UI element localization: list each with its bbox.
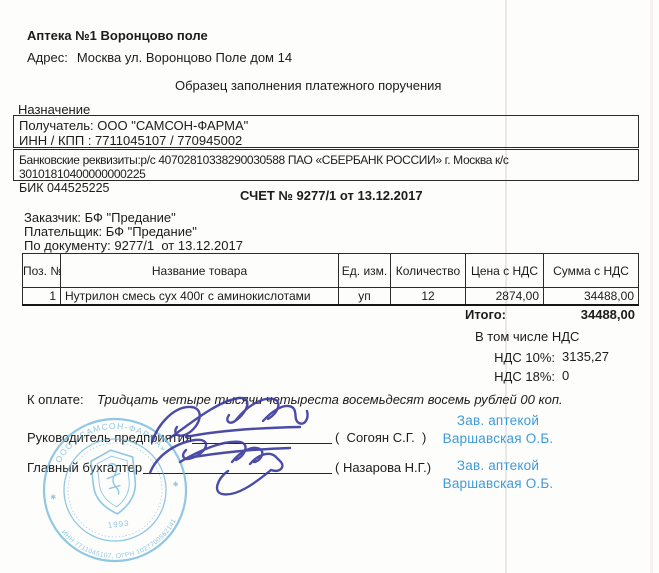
stamp-bottom-arc-text: ИНН 7711045107, ОГРН 1027700562141 — [60, 517, 182, 566]
table-row: 1 Нутрилон смесь сух 400г с аминокислота… — [23, 288, 639, 305]
stamp-year: 1993 — [107, 519, 130, 530]
accountant-signed-by: Варшавская О.Б. — [432, 475, 564, 493]
vat10-label: НДС 10%: — [455, 350, 555, 365]
total-value: 34488,00 — [535, 307, 635, 322]
vat-included-label: В том числе НДС — [475, 329, 579, 344]
table-header-row: Поз. № Название товара Ед. изм. Количест… — [23, 254, 639, 288]
bank-details-box: Банковские реквизиты:р/с 407028103382900… — [13, 149, 639, 181]
column-header-sum: Сумма с НДС — [544, 254, 639, 288]
column-header-name: Название товара — [61, 254, 339, 288]
column-header-qty: Количество — [391, 254, 466, 288]
stamp-left-star: ✱ — [50, 493, 57, 502]
sample-title: Образец заполнения платежного поручения — [175, 78, 441, 93]
accountant-signature-line — [143, 473, 332, 474]
customer-line: Заказчик: БФ "Предание" — [24, 210, 176, 225]
cell-unit: уп — [339, 288, 391, 305]
director-label: Руководитель предприятия — [27, 430, 192, 445]
accountant-label: Главный бухгалтер — [27, 460, 142, 475]
stamp-right-star: ✱ — [172, 480, 179, 489]
payer-line: Плательщик: БФ "Предание" — [24, 224, 197, 239]
cell-pos: 1 — [23, 288, 61, 305]
items-table: Поз. № Название товара Ед. изм. Количест… — [22, 253, 639, 306]
address-line: Адрес:Москва ул. Воронцово Поле дом 14 — [27, 50, 292, 65]
column-header-pos: Поз. № — [23, 254, 61, 288]
accountant-stamp-note: Зав. аптекой Варшавская О.Б. — [432, 457, 564, 493]
amount-in-words: Тридцать четыре тысячи четыреста восемьд… — [97, 392, 563, 407]
bank-requisites-line: Банковские реквизиты:р/с 407028103382900… — [19, 153, 638, 181]
total-label: Итого: — [465, 307, 506, 322]
vat10-value: 3135,27 — [562, 349, 609, 364]
column-header-price: Цена с НДС — [466, 254, 544, 288]
accountant-signature — [150, 440, 290, 495]
accountant-position: Зав. аптекой — [432, 457, 564, 475]
director-signature-line — [192, 443, 332, 444]
director-stamp-note: Зав. аптекой Варшавская О.Б. — [432, 412, 564, 448]
vat18-label: НДС 18%: — [455, 369, 555, 384]
cell-price: 2874,00 — [466, 288, 544, 305]
director-position: Зав. аптекой — [432, 412, 564, 430]
director-name: ( Согоян С.Г. ) — [335, 430, 426, 445]
address-value: Москва ул. Воронцово Поле дом 14 — [77, 50, 292, 65]
cell-sum: 34488,00 — [544, 288, 639, 305]
svg-text:ИНН 7711045107, ОГРН 102770056: ИНН 7711045107, ОГРН 1027700562141 — [60, 517, 182, 566]
scanned-invoice-page: Аптека №1 Воронцово поле Адрес:Москва ул… — [0, 0, 659, 573]
document-line: По документу: 9277/1 от 13.12.2017 — [24, 238, 243, 253]
accountant-name: ( Назарова Н.Г.) — [335, 460, 431, 475]
pharmacy-name: Аптека №1 Воронцово поле — [27, 28, 208, 43]
column-header-unit: Ед. изм. — [339, 254, 391, 288]
address-label: Адрес: — [27, 50, 68, 65]
recipient-line: Получатель: ООО "САМСОН-ФАРМА" — [19, 118, 638, 133]
vat18-value: 0 — [562, 368, 569, 383]
inn-kpp-line: ИНН / КПП : 7711045107 / 770945002 — [19, 133, 638, 148]
recipient-box: Получатель: ООО "САМСОН-ФАРМА" ИНН / КПП… — [13, 115, 639, 148]
payable-label: К оплате: — [27, 392, 84, 407]
cell-qty: 12 — [391, 288, 466, 305]
director-signed-by: Варшавская О.Б. — [432, 430, 564, 448]
scan-edge-shade — [650, 0, 653, 573]
stamp-shield-emblem — [90, 448, 138, 516]
cell-name: Нутрилон смесь сух 400г с аминокислотами — [61, 288, 339, 305]
invoice-title: СЧЕТ № 9277/1 от 13.12.2017 — [240, 188, 423, 203]
